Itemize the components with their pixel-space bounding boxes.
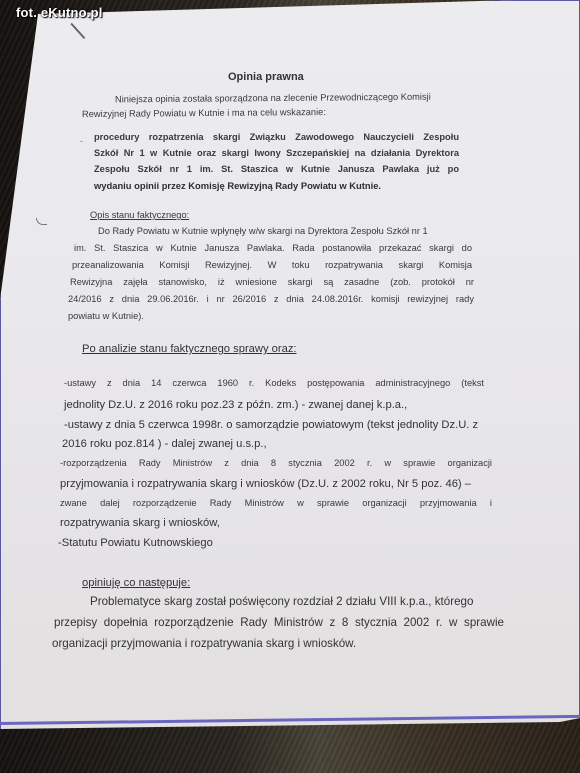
purpose-line-4: wydaniu opinii przez Komisję Rewizyjną R… (94, 180, 381, 191)
purpose-line-3: Zespołu Szkół nr 1 im. St. Staszica w Ku… (94, 164, 459, 174)
facts-line-1: Do Rady Powiatu w Kutnie wpłynęły w/w sk… (98, 226, 428, 236)
intro-line-2: Rewizyjnej Rady Powiatu w Kutnie i ma na… (82, 107, 326, 119)
facts-line-4: Rewizyjna zajęła stanowisko, iż wniesion… (70, 277, 474, 287)
opinion-line-3: organizacji przyjmowania i rozpatrywania… (52, 637, 356, 650)
analysis-heading: Po analizie stanu faktycznego sprawy ora… (82, 343, 297, 355)
legal-basis-line-9: -Statutu Powiatu Kutnowskiego (58, 537, 213, 549)
photo-watermark: fot. eKutno.pl (16, 5, 103, 20)
opinion-line-2: przepisy dopełnia rozporządzenie Rady Mi… (54, 616, 504, 629)
legal-basis-line-2: jednolity Dz.U. z 2016 roku poz.23 z póź… (64, 399, 407, 411)
opinion-heading: opiniuję co następuje: (82, 577, 190, 589)
bullet-marker: - (80, 136, 83, 146)
facts-line-3: przeanalizowania Komisji Rewizyjnej. W t… (72, 260, 472, 270)
facts-heading: Opis stanu faktycznego: (90, 210, 189, 220)
facts-line-2: im. St. Staszica w Kutnie Janusza Pawlak… (74, 243, 472, 253)
document-title: Opinia prawna (228, 71, 304, 83)
legal-basis-line-4: 2016 roku poz.814 ) - dalej zwanej u.s.p… (62, 438, 267, 450)
legal-basis-line-5: -rozporządzenia Rady Ministrów z dnia 8 … (60, 458, 492, 468)
facts-line-5: 24/2016 z dnia 29.06.2016r. i nr 26/2016… (68, 294, 474, 304)
legal-basis-line-1: -ustawy z dnia 14 czerwca 1960 r. Kodeks… (64, 378, 484, 388)
purpose-line-1: procedury rozpatrzenia skargi Związku Za… (94, 132, 459, 142)
opinion-line-1: Problematyce skarg został poświęcony roz… (90, 595, 473, 608)
legal-basis-line-8: rozpatrywania skarg i wniosków, (60, 517, 220, 529)
facts-line-6: powiatu w Kutnie). (68, 311, 144, 321)
legal-basis-line-7: zwane dalej rozporządzenie Rady Ministró… (60, 498, 492, 508)
purpose-line-2: Szkół Nr 1 w Kutnie oraz skargi Iwony Sz… (94, 148, 459, 158)
legal-basis-line-3: -ustawy z dnia 5 czerwca 1998r. o samorz… (64, 419, 478, 431)
legal-basis-line-6: przyjmowania i rozpatrywania skarg i wni… (60, 478, 471, 490)
